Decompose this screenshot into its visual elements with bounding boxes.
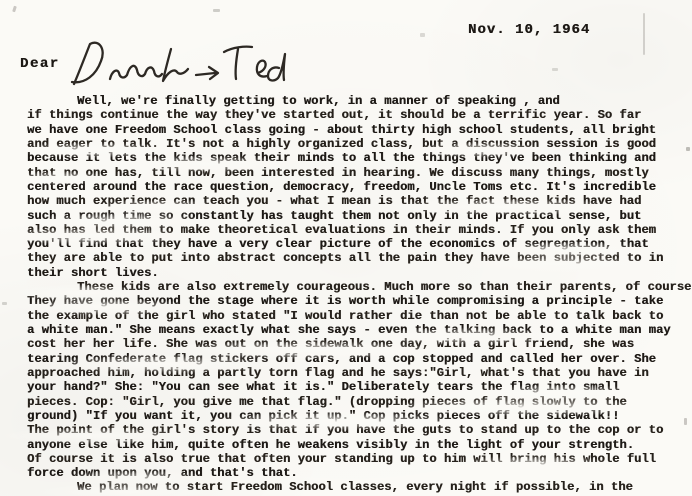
handwritten-inah	[110, 66, 162, 79]
letter-line: how much experience can teach you - what…	[27, 194, 687, 208]
handwritten-letter-T	[224, 47, 252, 79]
letter-line: a white man." She means exactly what she…	[27, 323, 687, 337]
letter-line: The point of the girl's story is that if…	[27, 423, 687, 437]
letter-line: centered around the race question, democ…	[27, 180, 687, 194]
letter-line: We plan now to start Freedom School clas…	[27, 480, 687, 494]
scan-speck	[2, 302, 7, 305]
letter-scan-page: Nov. 10, 1964 Dear Dinah + Ted Well, we'…	[0, 0, 692, 496]
letter-line: approached him, holding a partly torn fl…	[27, 366, 687, 380]
handwritten-letter-D	[72, 43, 103, 84]
handwritten-plus-arrow	[196, 67, 218, 79]
letter-line: because it lets the kids speak their min…	[27, 151, 687, 165]
letter-line: you'll find that they have a very clear …	[27, 237, 687, 251]
letter-body: Well, we're finally getting to work, in …	[27, 94, 687, 495]
scan-speck	[552, 68, 558, 71]
letter-line: tearing Confederate flag stickers off ca…	[27, 352, 687, 366]
letter-line: Of course it is also true that often you…	[27, 452, 687, 466]
scan-speck	[213, 9, 220, 12]
salutation-text: Dear	[20, 56, 60, 72]
letter-line: force down upon you, and that's that.	[27, 466, 687, 480]
letter-line: anyone else like him, quite often he wea…	[27, 438, 687, 452]
scan-speck	[420, 33, 425, 37]
salutation-label: Dear Dinah + Ted	[20, 56, 60, 72]
scan-line-artifact	[643, 13, 645, 55]
handwritten-letter-d	[268, 54, 285, 80]
letter-line: and eager to talk. It's not a highly org…	[27, 137, 687, 151]
handwritten-h	[163, 49, 188, 81]
letter-date: Nov. 10, 1964	[468, 22, 590, 38]
letter-line: your hand?" She: "You can see what it is…	[27, 380, 687, 394]
letter-line: These kids are also extremely courageous…	[27, 280, 687, 294]
letter-line: such a rough time so constantly has taug…	[27, 209, 687, 223]
letter-line: They have gone beyond the stage where it…	[27, 294, 687, 308]
handwritten-letter-e	[257, 61, 267, 77]
letter-line: we have one Freedom School class going -…	[27, 123, 687, 137]
scan-speck	[12, 6, 17, 13]
letter-line: Well, we're finally getting to work, in …	[27, 94, 687, 108]
handwritten-recipient-name	[60, 34, 292, 92]
letter-line: their short lives.	[27, 266, 687, 280]
letter-line: they are able to put into abstract conce…	[27, 251, 687, 265]
letter-line: if things continue the way they've start…	[27, 108, 687, 122]
letter-line: also has led them to make theoretical ev…	[27, 223, 687, 237]
letter-line: cost her her life. She was out on the si…	[27, 337, 687, 351]
letter-line: that no one has, till now, been interest…	[27, 166, 687, 180]
letter-line: pieces. Cop: "Girl, you give me that fla…	[27, 395, 687, 409]
letter-line: the example of the girl who stated "I wo…	[27, 309, 687, 323]
letter-line: ground) "If you want it, you can pick it…	[27, 409, 687, 423]
